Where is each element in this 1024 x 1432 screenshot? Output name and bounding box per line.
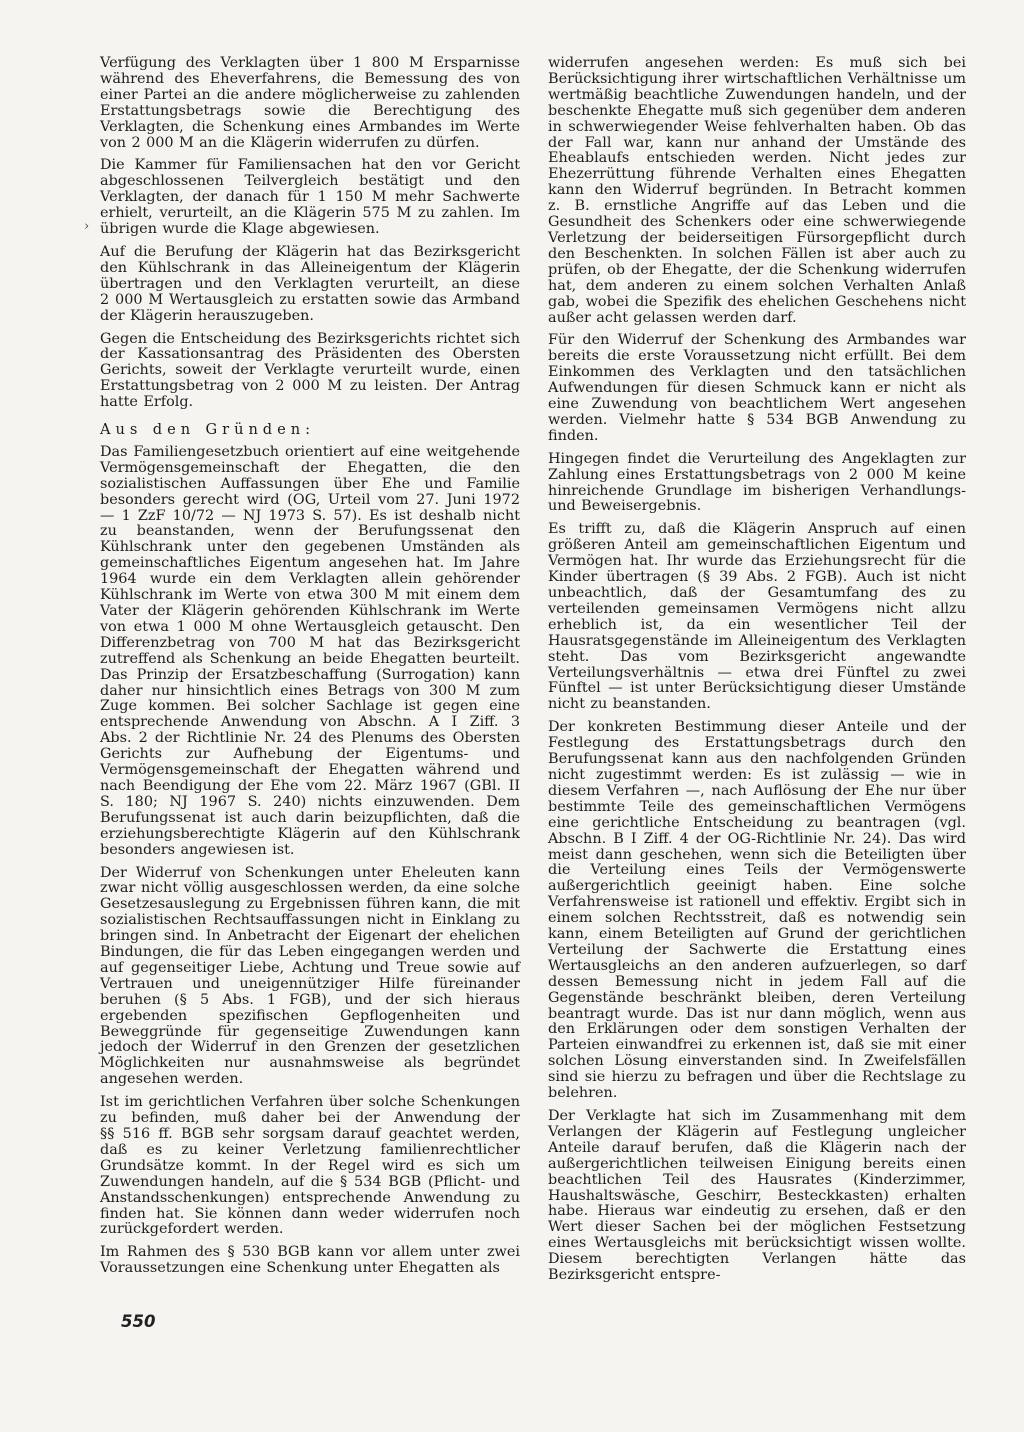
paragraph: Es trifft zu, daß die Klägerin Anspruch … (548, 522, 966, 713)
text-columns: Verfügung des Verklagten über 1 800 M Er… (100, 56, 966, 1291)
paragraph: Verfügung des Verklagten über 1 800 M Er… (100, 56, 520, 151)
journal-page: › Verfügung des Verklagten über 1 800 M … (0, 0, 1024, 1432)
paragraph: Auf die Berufung der Klägerin hat das Be… (100, 245, 520, 325)
paragraph: Gegen die Entscheidung des Bezirksgerich… (100, 332, 520, 412)
page-number: 550 (121, 1312, 155, 1331)
right-column: widerrufen angesehen werden: Es muß sich… (548, 56, 966, 1291)
paragraph: widerrufen angesehen werden: Es muß sich… (548, 56, 966, 326)
paragraph: Ist im gerichtlichen Verfahren über solc… (100, 1095, 520, 1238)
paragraph: Der konkreten Bestimmung dieser Anteile … (548, 720, 966, 1102)
section-heading-aus-den-gruenden: Aus den Gründen: (100, 422, 520, 438)
paragraph: Der Verklagte hat sich im Zusammenhang m… (548, 1109, 966, 1284)
paragraph: Die Kammer für Familiensachen hat den vo… (100, 158, 520, 238)
paragraph: Im Rahmen des § 530 BGB kann vor allem u… (100, 1245, 520, 1277)
left-column: Verfügung des Verklagten über 1 800 M Er… (100, 56, 520, 1291)
margin-artifact-mark: › (84, 219, 89, 234)
paragraph: Hingegen findet die Verurteilung des Ang… (548, 452, 966, 516)
paragraph: Das Familiengesetzbuch orientiert auf ei… (100, 445, 520, 859)
paragraph: Der Widerruf von Schenkungen unter Ehele… (100, 866, 520, 1089)
paragraph: Für den Widerruf der Schenkung des Armba… (548, 333, 966, 444)
